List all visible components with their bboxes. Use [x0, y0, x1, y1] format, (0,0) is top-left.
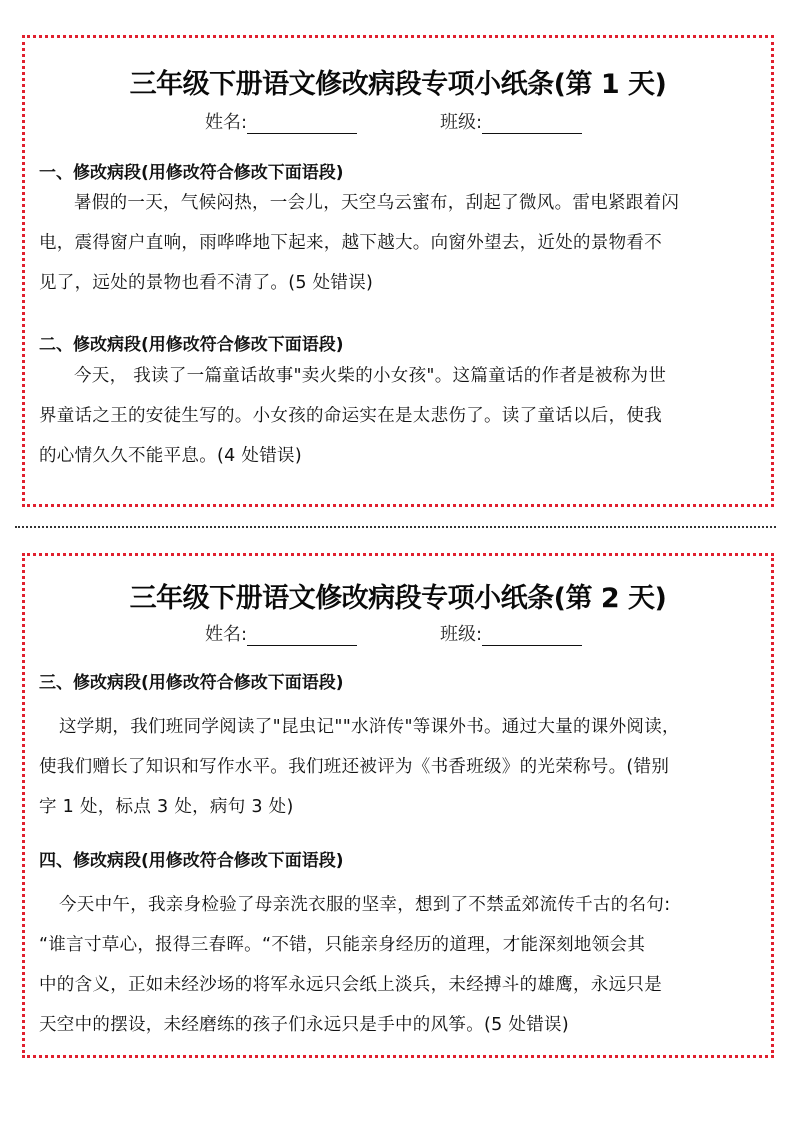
exercise-paragraph-3: 这学期，我们班同学阅读了"昆虫记""水浒传"等课外书。通过大量的课外阅读， 使我… — [39, 707, 759, 827]
paragraph-line: 这学期，我们班同学阅读了"昆虫记""水浒传"等课外书。通过大量的课外阅读， — [39, 707, 759, 747]
card-title: 三年级下册语文修改病段专项小纸条(第 2 天) — [25, 576, 771, 615]
paragraph-line: 字 1 处，标点 3 处，病句 3 处) — [39, 787, 759, 827]
paragraph-line: 暑假的一天，气候闷热，一会儿，天空乌云蜜布，刮起了微风。雷电紧跟着闪 — [39, 183, 759, 223]
paragraph-line: 使我们赠长了知识和写作水平。我们班还被评为《书香班级》的光荣称号。(错别 — [39, 747, 759, 787]
name-field[interactable]: 姓名: — [205, 620, 357, 646]
worksheet-card-day-1: 三年级下册语文修改病段专项小纸条(第 1 天) 姓名: 班级: 一、修改病段(用… — [22, 35, 774, 507]
class-label: 班级: — [440, 620, 482, 646]
worksheet-card-day-2: 三年级下册语文修改病段专项小纸条(第 2 天) 姓名: 班级: 三、修改病段(用… — [22, 553, 774, 1058]
student-info-row: 姓名: 班级: — [25, 620, 771, 644]
exercise-paragraph-2: 今天， 我读了一篇童话故事"卖火柴的小女孩"。这篇童话的作者是被称为世 界童话之… — [39, 356, 759, 476]
paragraph-line: 今天， 我读了一篇童话故事"卖火柴的小女孩"。这篇童话的作者是被称为世 — [39, 356, 759, 396]
cut-line-divider — [15, 526, 776, 528]
name-label: 姓名: — [205, 620, 247, 646]
name-field[interactable]: 姓名: — [205, 108, 357, 134]
student-info-row: 姓名: 班级: — [25, 108, 771, 132]
card-title: 三年级下册语文修改病段专项小纸条(第 1 天) — [25, 62, 771, 101]
name-blank[interactable] — [247, 627, 357, 646]
class-field[interactable]: 班级: — [440, 620, 582, 646]
paragraph-line: 天空中的摆设，未经磨练的孩子们永远只是手中的风筝。(5 处错误) — [39, 1005, 759, 1045]
class-field[interactable]: 班级: — [440, 108, 582, 134]
section-heading-1: 一、修改病段(用修改符合修改下面语段) — [39, 158, 344, 183]
class-blank[interactable] — [482, 627, 582, 646]
section-heading-3: 三、修改病段(用修改符合修改下面语段) — [39, 668, 344, 693]
name-label: 姓名: — [205, 108, 247, 134]
class-label: 班级: — [440, 108, 482, 134]
paragraph-line: 见了，远处的景物也看不清了。(5 处错误) — [39, 263, 759, 303]
paragraph-line: 界童话之王的安徒生写的。小女孩的命运实在是太悲伤了。读了童话以后，使我 — [39, 396, 759, 436]
exercise-paragraph-1: 暑假的一天，气候闷热，一会儿，天空乌云蜜布，刮起了微风。雷电紧跟着闪 电，震得窗… — [39, 183, 759, 303]
paragraph-line: 的心情久久不能平息。(4 处错误) — [39, 436, 759, 476]
exercise-paragraph-4: 今天中午，我亲身检验了母亲洗衣服的坚幸，想到了不禁孟郊流传千古的名句: “谁言寸… — [39, 885, 759, 1045]
class-blank[interactable] — [482, 115, 582, 134]
paragraph-line: 今天中午，我亲身检验了母亲洗衣服的坚幸，想到了不禁孟郊流传千古的名句: — [39, 885, 759, 925]
section-heading-4: 四、修改病段(用修改符合修改下面语段) — [39, 846, 344, 871]
paragraph-line: 电，震得窗户直响，雨哗哗地下起来，越下越大。向窗外望去，近处的景物看不 — [39, 223, 759, 263]
paragraph-line: “谁言寸草心，报得三春晖。“不错，只能亲身经历的道理，才能深刻地领会其 — [39, 925, 759, 965]
paragraph-line: 中的含义，正如未经沙场的将军永远只会纸上淡兵，未经搏斗的雄鹰，永远只是 — [39, 965, 759, 1005]
section-heading-2: 二、修改病段(用修改符合修改下面语段) — [39, 330, 344, 355]
name-blank[interactable] — [247, 115, 357, 134]
